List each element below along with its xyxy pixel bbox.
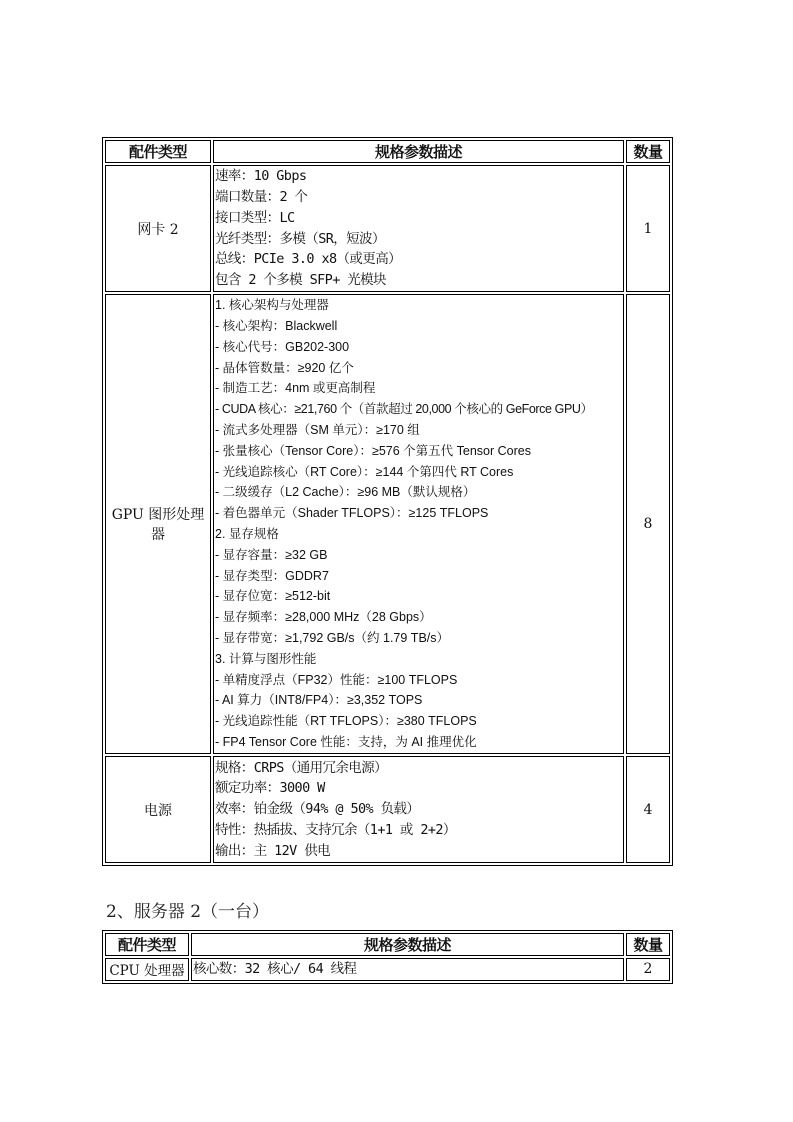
quantity-cell: 8 (626, 294, 670, 754)
spec-line: 核心数：32 核心/ 64 线程 (193, 959, 622, 980)
spec-line: - 显存位宽：≥512-bit (215, 586, 622, 607)
spec-line: - AI 算力（INT8/FP4）：≥3,352 TOPS (215, 690, 622, 711)
table-row-cpu: CPU 处理器 核心数：32 核心/ 64 线程 2 (105, 958, 670, 981)
section-heading-server-2: 2、服务器 2（一台） (106, 897, 269, 922)
spec-line: - 显存带宽：≥1,792 GB/s（约 1.79 TB/s） (215, 628, 622, 649)
table-header-row: 配件类型 规格参数描述 数量 (105, 933, 670, 956)
table-row-gpu: GPU 图形处理器 1. 核心架构与处理器 - 核心架构：Blackwell -… (105, 294, 670, 754)
header-category: 配件类型 (105, 140, 211, 163)
spec-line: 2. 显存规格 (215, 524, 622, 545)
spec-line: 接口类型：LC (215, 208, 622, 229)
spec-line: 速率：10 Gbps (215, 166, 622, 187)
spec-line: 总线：PCIe 3.0 x8（或更高） (215, 249, 622, 270)
spec-table-server-1: 配件类型 规格参数描述 数量 网卡 2 速率：10 Gbps 端口数量：2 个 … (102, 137, 673, 866)
table-row-nic: 网卡 2 速率：10 Gbps 端口数量：2 个 接口类型：LC 光纤类型：多模… (105, 165, 670, 292)
spec-line: - 核心代号：GB202-300 (215, 337, 622, 358)
spec-line: - 显存频率：≥28,000 MHz（28 Gbps） (215, 607, 622, 628)
spec-line: 光纤类型：多模（SR，短波） (215, 229, 622, 250)
description-cell: 核心数：32 核心/ 64 线程 (191, 958, 624, 981)
spec-table-server-2: 配件类型 规格参数描述 数量 CPU 处理器 核心数：32 核心/ 64 线程 … (102, 930, 673, 984)
spec-line: - 核心架构：Blackwell (215, 316, 622, 337)
spec-line: 规格：CRPS（通用冗余电源） (215, 758, 622, 779)
spec-line: 特性：热插拔、支持冗余（1+1 或 2+2） (215, 820, 622, 841)
spec-line: - 光线追踪性能（RT TFLOPS）：≥380 TFLOPS (215, 711, 622, 732)
spec-line: - 张量核心（Tensor Core）：≥576 个第五代 Tensor Cor… (215, 441, 622, 462)
spec-line: 输出：主 12V 供电 (215, 841, 622, 862)
spec-line: 端口数量：2 个 (215, 187, 622, 208)
category-cell: 电源 (105, 756, 211, 863)
category-cell: CPU 处理器 (105, 958, 189, 981)
table-header-row: 配件类型 规格参数描述 数量 (105, 140, 670, 163)
table-row-psu: 电源 规格：CRPS（通用冗余电源） 额定功率：3000 W 效率：铂金级（94… (105, 756, 670, 863)
spec-line: 包含 2 个多模 SFP+ 光模块 (215, 270, 622, 291)
description-cell: 1. 核心架构与处理器 - 核心架构：Blackwell - 核心代号：GB20… (213, 294, 624, 754)
quantity-cell: 1 (626, 165, 670, 292)
spec-line: - 着色器单元（Shader TFLOPS）：≥125 TFLOPS (215, 503, 622, 524)
spec-line: - 二级缓存（L2 Cache）：≥96 MB（默认规格） (215, 482, 622, 503)
category-cell: GPU 图形处理器 (105, 294, 211, 754)
spec-line: 效率：铂金级（94% @ 50% 负载） (215, 799, 622, 820)
spec-line: - 显存类型：GDDR7 (215, 566, 622, 587)
header-category: 配件类型 (105, 933, 189, 956)
spec-line: - 晶体管数量：≥920 亿个 (215, 358, 622, 379)
description-cell: 速率：10 Gbps 端口数量：2 个 接口类型：LC 光纤类型：多模（SR，短… (213, 165, 624, 292)
spec-line: - 显存容量：≥32 GB (215, 545, 622, 566)
description-cell: 规格：CRPS（通用冗余电源） 额定功率：3000 W 效率：铂金级（94% @… (213, 756, 624, 863)
spec-line: 额定功率：3000 W (215, 778, 622, 799)
spec-line: - 制造工艺：4nm 或更高制程 (215, 378, 622, 399)
spec-line: 1. 核心架构与处理器 (215, 295, 622, 316)
header-description: 规格参数描述 (213, 140, 624, 163)
header-quantity: 数量 (626, 933, 670, 956)
header-description: 规格参数描述 (191, 933, 624, 956)
spec-line: 3. 计算与图形性能 (215, 649, 622, 670)
quantity-cell: 4 (626, 756, 670, 863)
spec-line: - 光线追踪核心（RT Core）：≥144 个第四代 RT Cores (215, 462, 622, 483)
spec-line: - CUDA 核心：≥21,760 个（首款超过 20,000 个核心的 GeF… (215, 399, 622, 420)
spec-line: - 单精度浮点（FP32）性能：≥100 TFLOPS (215, 670, 622, 691)
category-cell: 网卡 2 (105, 165, 211, 292)
header-quantity: 数量 (626, 140, 670, 163)
spec-line: - FP4 Tensor Core 性能：支持，为 AI 推理优化 (215, 732, 622, 753)
spec-line: - 流式多处理器（SM 单元）：≥170 组 (215, 420, 622, 441)
quantity-cell: 2 (626, 958, 670, 981)
